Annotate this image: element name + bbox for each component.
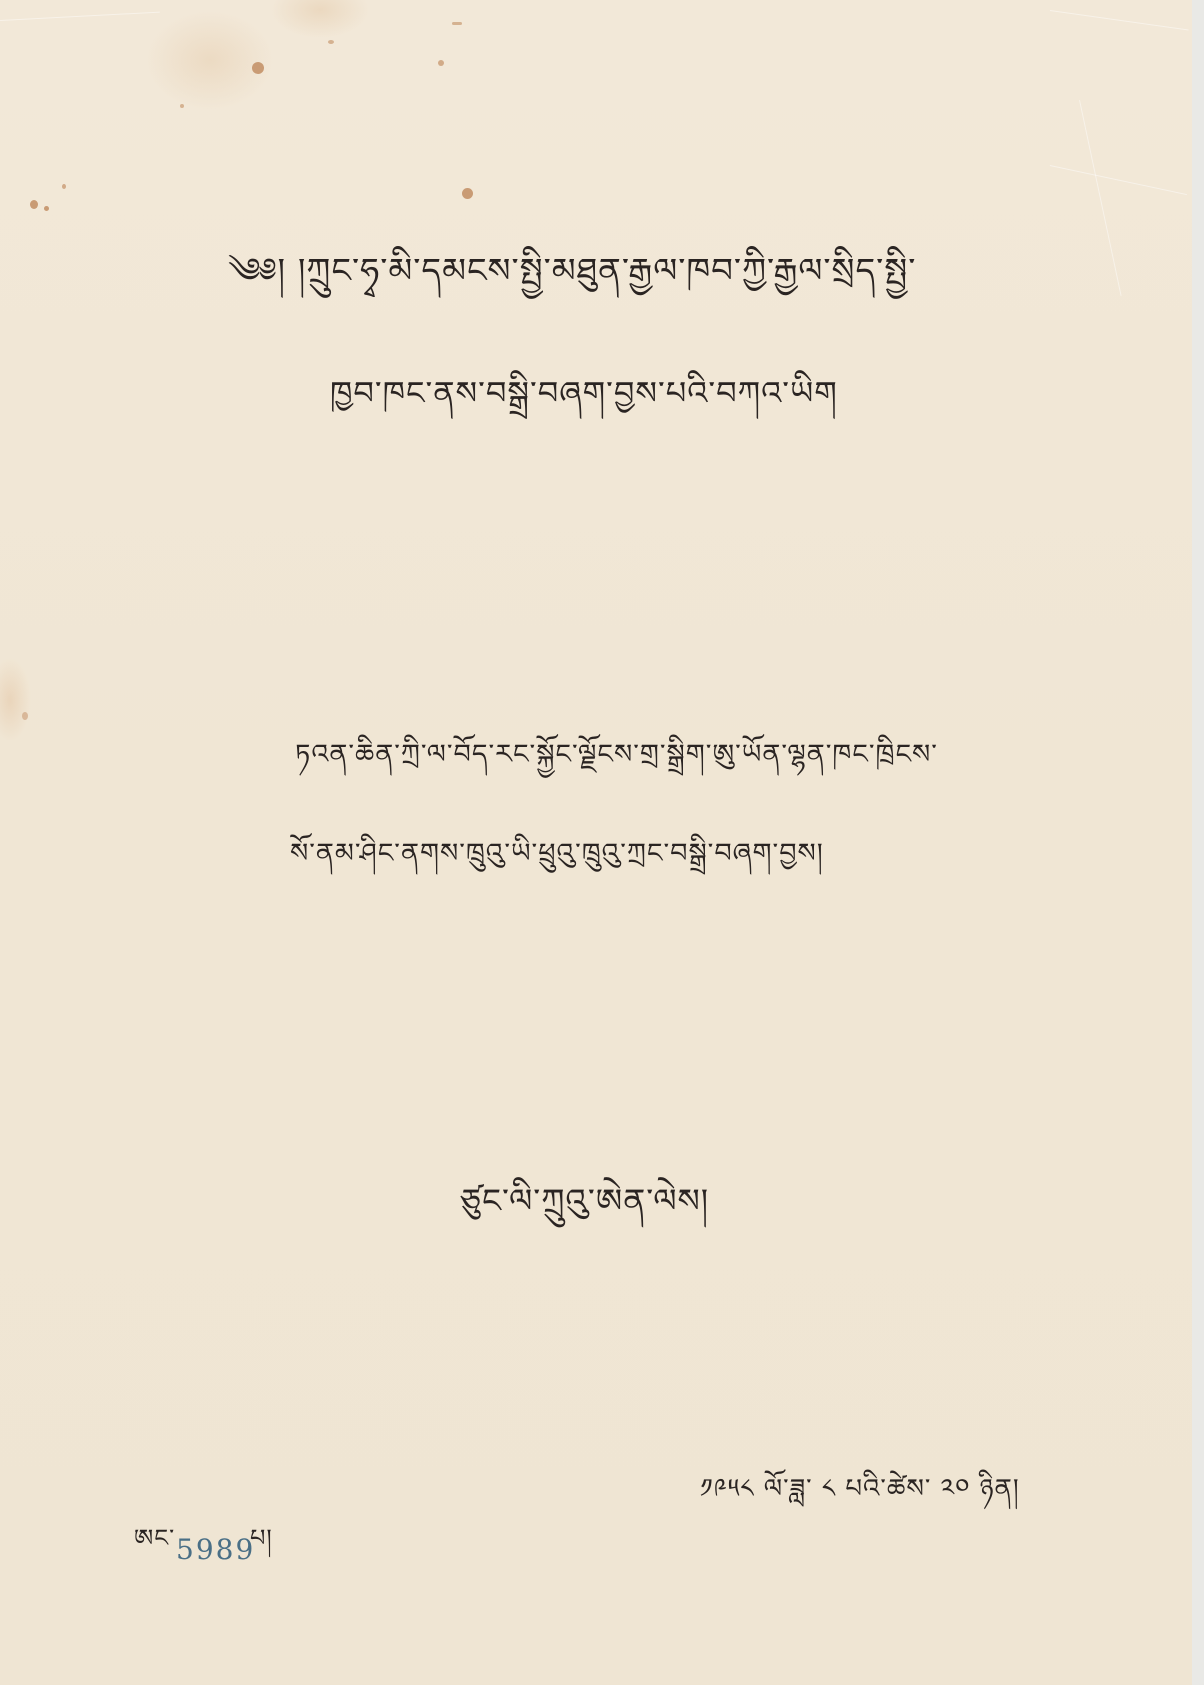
body-line-2: སོ་ནམ་ཤིང་ནགས་ཁྲུའུ་ཡི་ཕྲུའུ་ཁྲུའུ་ཀྲང་བ…	[290, 823, 824, 899]
stain-spot	[452, 22, 462, 25]
title-line-1: ༄༅། །ཀྲུང་ཧྭ་མི་དམངས་སྤྱི་མཐུན་རྒྱལ་ཁབ་ཀ…	[228, 232, 916, 328]
stain-spot	[22, 712, 28, 720]
registration-suffix: པ།	[250, 1512, 273, 1579]
registration-number-stamp: 5989	[176, 1533, 255, 1566]
registration-label: ཨང་	[134, 1512, 175, 1579]
stain-spot	[180, 104, 184, 108]
scan-edge	[1192, 0, 1204, 1685]
body-line-1: ཏའན་ཆིན་ཀྲི་ལ་བོད་རང་སྐྱོང་ལྗོངས་གྲ་སྒྲི…	[295, 724, 938, 800]
paper-crease	[1079, 100, 1122, 296]
stain-spot	[30, 200, 38, 209]
stain-spot	[438, 60, 444, 66]
author-signature: ཙུང་ལི་ཀྲུའུ་ཨེན་ལེས།	[460, 1164, 709, 1257]
stain-spot	[252, 62, 264, 74]
stain-spot	[62, 184, 66, 189]
paper-crease	[1050, 10, 1189, 30]
stain-spot	[328, 40, 334, 44]
paper-crease	[0, 12, 160, 21]
document-page: ༄༅། །ཀྲུང་ཧྭ་མི་དམངས་སྤྱི་མཐུན་རྒྱལ་ཁབ་ཀ…	[0, 0, 1192, 1685]
document-date: ༡༩༥༨ ལོ་ཟླ་ ༨ པའི་ཚེས་ ༢༠ ཉིན།	[700, 1460, 1020, 1533]
stain-spot	[462, 188, 473, 199]
title-line-2: ཁྱབ་ཁང་ནས་བསྒྲི་བཞག་བྱས་པའི་བཀའ་ཡིག	[330, 358, 838, 448]
paper-crease	[1050, 165, 1187, 195]
stain-spot	[44, 206, 49, 211]
